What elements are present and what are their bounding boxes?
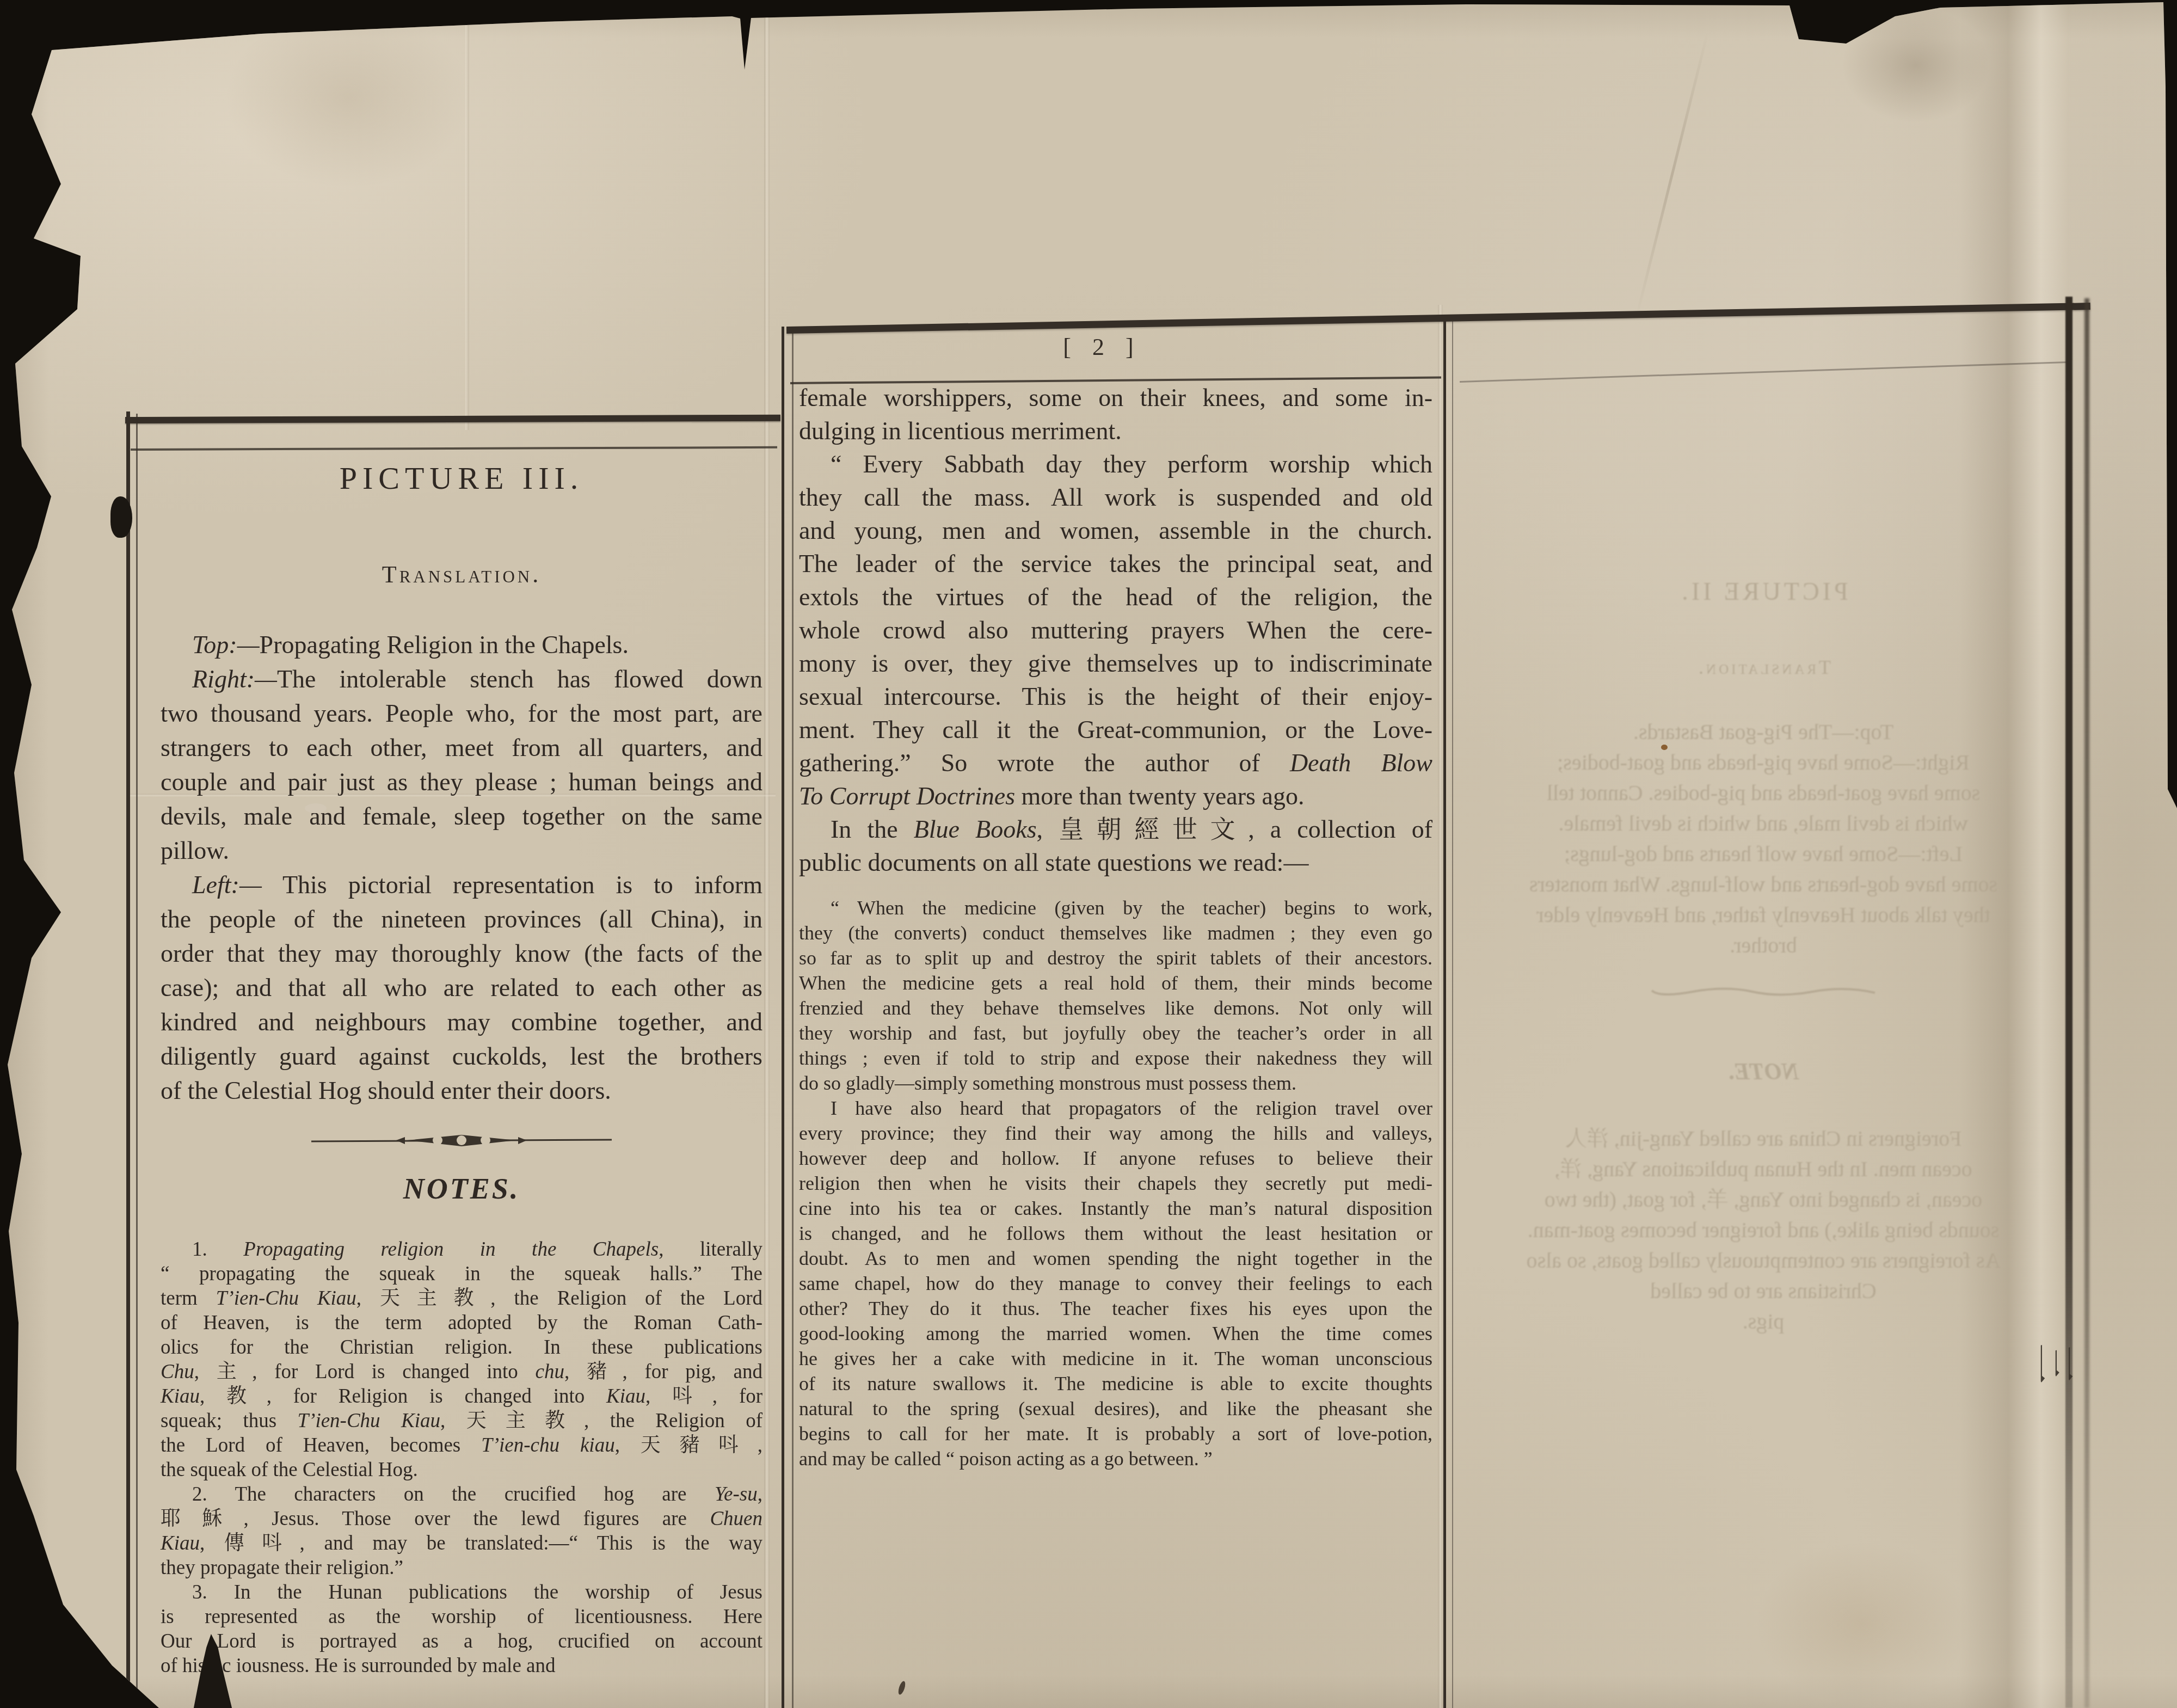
text-line: term T’ien-Chu Kiau, 天主教, the Religion o… <box>161 1286 762 1311</box>
text-segment: of the Celestial Hog should enter their … <box>161 1077 611 1104</box>
text-segment: , the Religion of <box>584 1410 762 1432</box>
text-line: is changed, and he follows them without … <box>799 1221 1432 1246</box>
text-segment: of its nature swallows it. The medicine … <box>799 1373 1432 1394</box>
text-line: female worshippers, some on their knees,… <box>799 381 1432 414</box>
chinese-characters: 教 <box>226 1385 267 1408</box>
bleedthrough-column: PICTURE II.Translation.Top:—The Pig-goat… <box>1469 577 2057 1337</box>
text-line: cine into his tea or cakes. Instantly th… <box>799 1196 1432 1221</box>
vertical-crease <box>465 16 469 430</box>
middle-text-column: female worshippers, some on their knees,… <box>799 381 1432 1471</box>
text-segment: some have goat-heads and pig-bodies. Can… <box>1547 781 1980 805</box>
text-line: pillow. <box>161 833 762 868</box>
frame-right-border-inner <box>2084 298 2089 1708</box>
text-line: gathering.” So wrote the author of Death… <box>799 746 1432 779</box>
text-segment: mony is over, they give themselves up to… <box>799 649 1432 677</box>
text-segment: they worship and fast, but joyfully obey… <box>799 1022 1432 1044</box>
text-segment: , the Religion of the Lord <box>490 1287 762 1310</box>
text-line: sexual intercourse. This is the height o… <box>799 680 1432 713</box>
text-segment: public documents on all state questions … <box>799 849 1308 876</box>
chinese-folio-numeral: 三 <box>2029 1343 2087 1384</box>
heading-note: NOTE. <box>1469 1058 2057 1085</box>
text-segment: things ; even if told to strip and expos… <box>799 1047 1432 1069</box>
text-segment: term <box>161 1287 216 1310</box>
text-segment: , <box>564 1361 587 1383</box>
text-line: “ Every Sabbath day they perform worship… <box>799 447 1432 481</box>
text-line: natural to the spring (sexual desires), … <box>799 1396 1432 1421</box>
text-line: Our Lord is portrayed as a hog, crucifie… <box>161 1629 762 1654</box>
text-line: Foreigners in China are called Yang-jin,… <box>1469 1123 2057 1154</box>
text-line: dulging in licentious merriment. <box>799 414 1432 447</box>
diagonal-crease <box>1635 31 1709 317</box>
heading-2: Translation. <box>1469 656 2057 679</box>
text-segment: and may be called “ poison acting as a g… <box>799 1448 1213 1470</box>
text-line: every province; they find their way amon… <box>799 1121 1432 1146</box>
text-line: of its nature swallows it. The medicine … <box>799 1371 1432 1396</box>
text-line: things ; even if told to strip and expos… <box>799 1046 1432 1071</box>
text-segment: Foreigners in China are called Yang-jin,… <box>1565 1126 1962 1151</box>
text-line: and young, men and women, assemble in th… <box>799 514 1432 547</box>
frame-inner-rule-left <box>131 446 777 451</box>
text-segment: , <box>440 1410 466 1432</box>
text-segment: natural to the spring (sexual desires), … <box>799 1398 1432 1420</box>
text-line: public documents on all state questions … <box>799 846 1432 879</box>
text-segment: sexual intercourse. This is the height o… <box>799 683 1432 710</box>
text-segment: gathering.” So wrote the author of <box>799 749 1290 777</box>
text-line: The leader of the service takes the prin… <box>799 547 1432 580</box>
text-line: Kiau, 教, for Religion is changed into Ki… <box>161 1384 762 1409</box>
text-line: sounds being alike,) and foreigner becom… <box>1469 1215 2057 1245</box>
text-segment: , and may be translated:—“ This is the w… <box>300 1532 762 1555</box>
text-segment: Kiau <box>606 1385 645 1408</box>
text-segment: is represented as the worship of licenti… <box>161 1606 762 1628</box>
text-line: brother. <box>1469 930 2057 961</box>
column-divider-2-inner <box>1452 318 1453 1708</box>
text-line: of the Celestial Hog should enter their … <box>161 1073 762 1108</box>
frame-left-border-inner <box>136 414 138 1708</box>
text-line: Kiau, 傳呌, and may be translated:—“ This … <box>161 1531 762 1556</box>
text-segment: Ye-su <box>715 1483 758 1506</box>
text-line: doubt. As to men and women spending the … <box>799 1246 1432 1271</box>
frame-top-rule <box>786 303 2090 334</box>
text-line: and may be called “ poison acting as a g… <box>799 1446 1432 1471</box>
text-segment: Death Blow <box>1290 749 1432 777</box>
paper-sheet: [ 2 ] 三 PICTURE III.Translation.Top:—Pro… <box>0 0 2177 1708</box>
text-segment: , a collection of <box>1248 815 1432 843</box>
text-segment: , for pig, and <box>622 1361 762 1383</box>
text-line: pigs. <box>1469 1306 2057 1337</box>
text-line: they (the converts) conduct themselves l… <box>799 920 1432 945</box>
text-segment: 2. The characters on the crucified hog a… <box>192 1483 715 1506</box>
text-segment: which is devil male, and which is devil … <box>1558 811 1968 835</box>
text-segment: so far as to split up and destroy the sp… <box>799 947 1432 969</box>
text-segment: the people of the nineteen provinces (al… <box>161 905 762 933</box>
text-segment: couple and pair just as they please ; hu… <box>161 768 762 796</box>
text-segment: T’ien-Chu Kiau <box>216 1287 356 1310</box>
text-line: same chapel, how do they manage to conve… <box>799 1271 1432 1296</box>
text-segment: , <box>200 1532 224 1555</box>
text-segment: they (the converts) conduct themselves l… <box>799 922 1432 944</box>
text-line: the squeak of the Celestial Hog. <box>161 1458 762 1482</box>
text-segment: do so gladly—simply something monstrous … <box>799 1072 1296 1094</box>
text-line: religion then when he visits their chape… <box>799 1171 1432 1196</box>
text-line: is represented as the worship of licenti… <box>161 1605 762 1629</box>
text-segment: they talk about Heavenly father, and Hea… <box>1536 902 1990 927</box>
text-line: Chu, 主, for Lord is changed into chu, 豬,… <box>161 1360 762 1384</box>
text-line: “ propagating the squeak in the squeak h… <box>161 1262 762 1286</box>
text-segment: “ When the medicine (given by the teache… <box>831 897 1432 919</box>
text-segment: Chu <box>161 1361 194 1383</box>
text-line: of his lic iousness. He is surrounded by… <box>161 1654 762 1678</box>
text-line: squeak; thus T’ien-Chu Kiau, 天主教, the Re… <box>161 1409 762 1433</box>
text-line: he gives her a cake with medicine in it.… <box>799 1346 1432 1371</box>
text-line: To Corrupt Doctrines more than twenty ye… <box>799 779 1432 813</box>
text-line: Left:— This pictorial representation is … <box>161 868 762 902</box>
text-segment: begins to call for her mate. It is proba… <box>799 1423 1432 1445</box>
text-line: order that they may thoroughly know (the… <box>161 936 762 970</box>
text-segment: devils, male and female, sleep together … <box>161 802 762 830</box>
text-line: strangers to each other, meet from all q… <box>161 730 762 765</box>
text-segment: Kiau <box>161 1532 200 1555</box>
text-segment: other? They do it thus. The teacher fixe… <box>799 1298 1432 1319</box>
text-segment: case); and that all who are related to e… <box>161 974 762 1002</box>
text-block: Foreigners in China are called Yang-jin,… <box>1469 1123 2057 1337</box>
rule-ornament-icon <box>161 1132 762 1150</box>
chinese-characters: 主 <box>217 1361 253 1383</box>
text-segment: doubt. As to men and women spending the … <box>799 1248 1432 1269</box>
text-line: so far as to split up and destroy the sp… <box>799 945 1432 970</box>
text-segment: Our Lord is portrayed as a hog, crucifie… <box>161 1630 762 1652</box>
text-segment: and young, men and women, assemble in th… <box>799 517 1432 544</box>
text-segment: Propagating Religion in the Chapels. <box>260 631 629 659</box>
text-block: female worshippers, some on their knees,… <box>799 381 1432 879</box>
chinese-characters: 耶穌 <box>161 1508 243 1530</box>
text-segment: 1. <box>192 1238 243 1261</box>
text-segment: ocean men. In the Hunan publications Yan… <box>1554 1157 1972 1181</box>
text-segment: every province; they find their way amon… <box>799 1122 1432 1144</box>
text-line: olics for the Christian religion. In the… <box>161 1335 762 1360</box>
text-line: the Lord of Heaven, becomes T’ien-chu ki… <box>161 1433 762 1458</box>
text-segment: , for <box>712 1385 762 1408</box>
text-segment: “ propagating the squeak in the squeak h… <box>161 1263 762 1285</box>
text-line: devils, male and female, sleep together … <box>161 799 762 833</box>
text-line: some have dog-hearts and wolf-lungs. Wha… <box>1469 869 2057 900</box>
text-segment: Right:— <box>192 665 277 693</box>
text-segment: The intolerable stench has flowed down <box>277 665 762 693</box>
text-line: Top:—The Pig-goat Bastards. <box>1469 717 2057 747</box>
text-segment: of Heaven, is the term adopted by the Ro… <box>161 1312 762 1334</box>
text-segment: Left:—Some have wolf hearts and dog-lung… <box>1564 841 1963 866</box>
foxing-speck <box>1661 745 1668 750</box>
vertical-crease <box>1438 305 1443 1708</box>
text-segment: religion then when he visits their chape… <box>799 1172 1432 1194</box>
text-line: Top:—Propagating Religion in the Chapels… <box>161 628 762 662</box>
text-segment: squeak; thus <box>161 1410 298 1432</box>
frame-right-border <box>2065 297 2073 1708</box>
vertical-crease <box>764 0 770 1708</box>
text-line: frenzied and they behave themselves like… <box>799 996 1432 1021</box>
chinese-characters: 天豬呌 <box>641 1434 758 1457</box>
text-segment: they call the mass. All work is suspende… <box>799 483 1432 511</box>
text-line: I have also heard that propagators of th… <box>799 1096 1432 1121</box>
text-block: “ When the medicine (given by the teache… <box>799 895 1432 1471</box>
text-line: ocean, is changed into Yang, 羊, for goat… <box>1469 1184 2057 1215</box>
text-segment: , literally <box>659 1238 762 1261</box>
text-segment: more than twenty years ago. <box>1015 782 1304 810</box>
text-segment: The leader of the service takes the prin… <box>799 550 1432 577</box>
text-segment: he gives her a cake with medicine in it.… <box>799 1348 1432 1369</box>
frame-left-border <box>126 411 130 1708</box>
text-line: diligently guard against cuckolds, lest … <box>161 1039 762 1073</box>
text-segment: is changed, and he follows them without … <box>799 1222 1432 1244</box>
text-line: Christians are to be called <box>1469 1276 2057 1306</box>
text-segment: whole crowd also muttering prayers When … <box>799 616 1432 644</box>
chinese-characters: 皇朝經世文 <box>1059 815 1248 843</box>
text-line: do so gladly—simply something monstrous … <box>799 1071 1432 1096</box>
text-segment: When the medicine gets a real hold of th… <box>799 972 1432 994</box>
text-segment: , <box>615 1434 641 1457</box>
text-segment: dulging in licentious merriment. <box>799 417 1122 445</box>
ink-speck <box>897 1680 907 1695</box>
left-text-column: PICTURE III.Translation.Top:—Propagating… <box>161 460 762 1678</box>
text-line: mony is over, they give themselves up to… <box>799 647 1432 680</box>
text-segment: two thousand years. People who, for the … <box>161 699 762 727</box>
text-segment: Kiau <box>161 1385 200 1408</box>
paper-scuff <box>305 803 327 813</box>
text-segment: , <box>1037 815 1059 843</box>
text-line: of Heaven, is the term adopted by the Ro… <box>161 1311 762 1335</box>
text-segment: , <box>758 1483 762 1506</box>
text-line: As foreigners are contemptuously called … <box>1469 1245 2057 1276</box>
text-segment: the Lord of Heaven, becomes <box>161 1434 481 1457</box>
frame-top-rule-left <box>125 415 780 423</box>
text-segment: Blue Books <box>914 815 1037 843</box>
text-segment: , for Religion is changed into <box>267 1385 606 1408</box>
text-line: other? They do it thus. The teacher fixe… <box>799 1296 1432 1321</box>
text-line: they worship and fast, but joyfully obey… <box>799 1021 1432 1046</box>
text-segment: Top:—The Pig-goat Bastards. <box>1633 720 1893 744</box>
text-segment: strangers to each other, meet from all q… <box>161 734 762 761</box>
text-segment: female worshippers, some on their knees,… <box>799 384 1432 411</box>
text-segment: I have also heard that propagators of th… <box>831 1097 1432 1119</box>
squiggle-ornament-icon <box>1469 985 2057 999</box>
text-segment: good-looking among the married women. Wh… <box>799 1323 1432 1344</box>
text-segment: As foreigners are contemptuously called … <box>1527 1248 2001 1273</box>
text-line: they call the mass. All work is suspende… <box>799 481 1432 514</box>
text-segment: Christians are to be called <box>1650 1279 1876 1303</box>
text-segment: This pictorial representation is to info… <box>262 871 762 899</box>
text-line: whole crowd also muttering prayers When … <box>799 613 1432 647</box>
text-line: two thousand years. People who, for the … <box>161 696 762 730</box>
text-segment: Propagating religion in the Chapels <box>243 1238 659 1261</box>
text-block: Top:—Propagating Religion in the Chapels… <box>161 628 762 1108</box>
text-segment: same chapel, how do they manage to conve… <box>799 1273 1432 1294</box>
text-line: “ When the medicine (given by the teache… <box>799 895 1432 920</box>
page-number: [ 2 ] <box>1048 333 1157 361</box>
column-divider-1 <box>782 327 784 1708</box>
text-line: which is devil male, and which is devil … <box>1469 808 2057 839</box>
chinese-characters: 天主教 <box>466 1410 584 1432</box>
text-line: case); and that all who are related to e… <box>161 970 762 1005</box>
text-line: they propagate their religion.” <box>161 1556 762 1580</box>
text-line: 耶穌, Jesus. Those over the lewd figures a… <box>161 1507 762 1531</box>
text-line: 3. In the Hunan publications the worship… <box>161 1580 762 1605</box>
text-segment: , <box>645 1385 672 1408</box>
text-line: they talk about Heavenly father, and Hea… <box>1469 900 2057 930</box>
text-line: good-looking among the married women. Wh… <box>799 1321 1432 1346</box>
text-segment: kindred and neighbours may combine toget… <box>161 1008 762 1036</box>
text-segment: the squeak of the Celestial Hog. <box>161 1459 418 1481</box>
text-segment: pigs. <box>1743 1309 1785 1334</box>
text-line: however deep and hollow. If anyone refus… <box>799 1146 1432 1171</box>
text-segment: Left:— <box>192 871 262 899</box>
text-block: 1. Propagating religion in the Chapels, … <box>161 1237 762 1678</box>
text-segment: diligently guard against cuckolds, lest … <box>161 1042 762 1070</box>
text-line: ment. They call it the Great-communion, … <box>799 713 1432 746</box>
text-block: Top:—The Pig-goat Bastards.Right:—Some h… <box>1469 717 2057 961</box>
text-line: 2. The characters on the crucified hog a… <box>161 1482 762 1507</box>
text-line: extols the virtues of the head of the re… <box>799 580 1432 613</box>
text-segment: T’ien-chu kiau <box>481 1434 614 1457</box>
text-line: kindred and neighbours may combine toget… <box>161 1005 762 1039</box>
heading-2: Translation. <box>161 561 762 588</box>
text-line: Left:—Some have wolf hearts and dog-lung… <box>1469 839 2057 869</box>
text-segment: pillow. <box>161 837 229 864</box>
chinese-characters: 豬 <box>587 1361 623 1383</box>
frame-inner-rule-right <box>1460 361 2067 383</box>
text-segment: “ Every Sabbath day they perform worship… <box>831 450 1432 478</box>
scanned-page-screenshot: [ 2 ] 三 PICTURE III.Translation.Top:—Pro… <box>0 0 2177 1708</box>
text-segment: extols the virtues of the head of the re… <box>799 583 1432 611</box>
text-line: In the Blue Books, 皇朝經世文, a collection o… <box>799 813 1432 846</box>
paper-hole <box>110 496 132 538</box>
text-segment: , <box>200 1385 226 1408</box>
text-segment: ocean, is changed into Yang, 羊, for goat… <box>1545 1187 1982 1212</box>
text-segment: sounds being alike,) and foreigner becom… <box>1528 1218 1999 1242</box>
text-segment: ment. They call it the Great-communion, … <box>799 716 1432 744</box>
heading-1: PICTURE III. <box>161 460 762 496</box>
text-segment: chu <box>535 1361 564 1383</box>
text-segment: order that they may thoroughly know (the… <box>161 939 762 967</box>
chinese-characters: 天主教 <box>380 1287 490 1310</box>
text-line: Right:—Some have pig-heads and goat-bodi… <box>1469 747 2057 778</box>
text-segment: , for Lord is changed into <box>252 1361 535 1383</box>
text-line: begins to call for her mate. It is proba… <box>799 1421 1432 1446</box>
text-segment: some have dog-hearts and wolf-lungs. Wha… <box>1529 872 1997 896</box>
text-line: some have goat-heads and pig-bodies. Can… <box>1469 778 2057 808</box>
text-line: Right:—The intolerable stench has flowed… <box>161 662 762 696</box>
text-segment: frenzied and they behave themselves like… <box>799 997 1432 1019</box>
text-segment: cine into his tea or cakes. Instantly th… <box>799 1197 1432 1219</box>
text-line: ocean men. In the Hunan publications Yan… <box>1469 1154 2057 1184</box>
chinese-characters: 傳呌 <box>224 1532 300 1555</box>
heading-1: PICTURE II. <box>1469 577 2057 606</box>
chinese-characters: 呌 <box>672 1385 712 1408</box>
text-segment: To Corrupt Doctrines <box>799 782 1015 810</box>
column-divider-2 <box>1443 318 1446 1708</box>
column-divider-1-inner <box>792 327 794 1708</box>
text-segment: however deep and hollow. If anyone refus… <box>799 1147 1432 1169</box>
text-segment: , <box>194 1361 217 1383</box>
text-segment: Top:— <box>192 631 260 659</box>
text-segment: they propagate their religion.” <box>161 1557 403 1579</box>
text-line: When the medicine gets a real hold of th… <box>799 970 1432 996</box>
text-line: couple and pair just as they please ; hu… <box>161 765 762 799</box>
text-line: the people of the nineteen provinces (al… <box>161 902 762 936</box>
text-segment: , <box>356 1287 380 1310</box>
heading-notes: NOTES. <box>161 1172 762 1206</box>
text-segment: Right:—Some have pig-heads and goat-bodi… <box>1557 750 1970 775</box>
text-segment: T’ien-Chu Kiau <box>298 1410 440 1432</box>
text-segment: Chuen <box>710 1508 762 1530</box>
text-segment: olics for the Christian religion. In the… <box>161 1336 762 1359</box>
text-segment: 3. In the Hunan publications the worship… <box>192 1581 762 1603</box>
text-segment: brother. <box>1730 933 1797 957</box>
text-line: 1. Propagating religion in the Chapels, … <box>161 1237 762 1262</box>
text-segment: In the <box>831 815 914 843</box>
text-segment: , Jesus. Those over the lewd figures are <box>243 1508 710 1530</box>
text-segment: , <box>758 1434 762 1457</box>
